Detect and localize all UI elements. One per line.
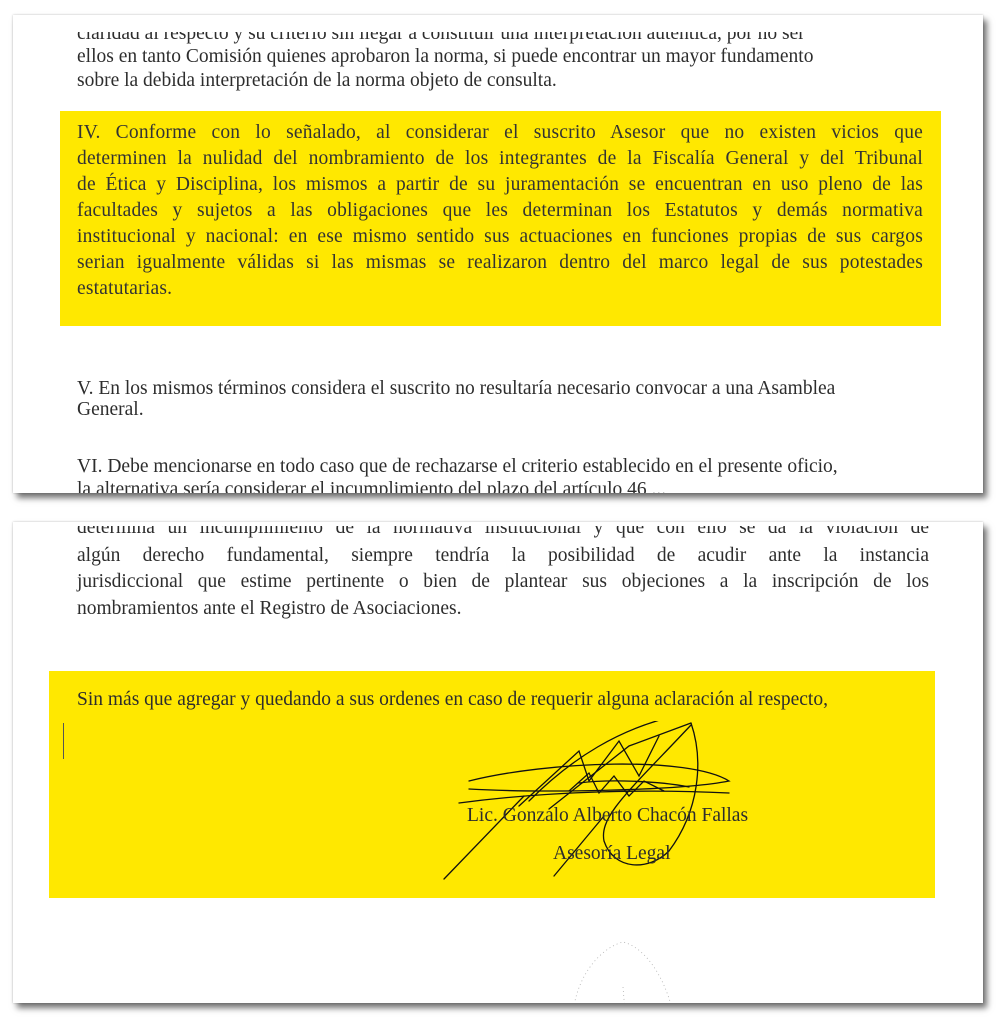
section-iv-line-7: estatutarias.: [77, 277, 923, 301]
section-vi-line-2: la alternativa sería considerar el incum…: [77, 478, 929, 493]
closing-text: Sin más que agregar y quedando a sus ord…: [77, 689, 828, 711]
section-iv-line-4: facultades y sujetos a las obligaciones …: [77, 199, 923, 223]
section-iv-line-6: serian igualmente válidas si las mismas …: [77, 251, 923, 275]
intro-line-3: sobre la debida interpretación de la nor…: [77, 69, 929, 93]
faded-stamp-icon: [563, 932, 683, 1003]
continuation-line-4: nombramientos ante el Registro de Asocia…: [77, 597, 929, 621]
section-iv-line-5: institucional y nacional: en ese mismo s…: [77, 225, 923, 249]
section-vi-line-1: VI. Debe mencionarse en todo caso que de…: [77, 455, 929, 479]
document-page-2: determina un incumplimiento de la normat…: [13, 522, 983, 1003]
signatory-title: Asesoría Legal: [553, 843, 671, 865]
section-iv-line-1: IV. Conforme con lo señalado, al conside…: [77, 121, 923, 145]
continuation-line-2: algún derecho fundamental, siempre tendr…: [77, 544, 929, 568]
signatory-name: Lic. Gonzalo Alberto Chacón Fallas: [467, 805, 748, 827]
section-iv-line-2: determinen la nulidad del nombramiento d…: [77, 147, 923, 171]
document-page-1: claridad al respecto y su criterio sin l…: [13, 15, 983, 493]
continuation-line-1: determina un incumplimiento de la normat…: [77, 522, 929, 540]
highlight-section-iv: IV. Conforme con lo señalado, al conside…: [60, 111, 941, 326]
intro-line-2: ellos en tanto Comisión quienes aprobaro…: [77, 45, 929, 69]
continuation-line-3: jurisdiccional que estime pertinente o b…: [77, 570, 929, 594]
margin-mark: [63, 723, 64, 759]
section-v-line-2: General.: [77, 398, 929, 422]
highlight-closing-signature: Sin más que agregar y quedando a sus ord…: [49, 671, 935, 898]
section-iv-line-3: de Ética y Disciplina, los mismos a part…: [77, 173, 923, 197]
intro-line-1: claridad al respecto y su criterio sin l…: [77, 22, 929, 46]
